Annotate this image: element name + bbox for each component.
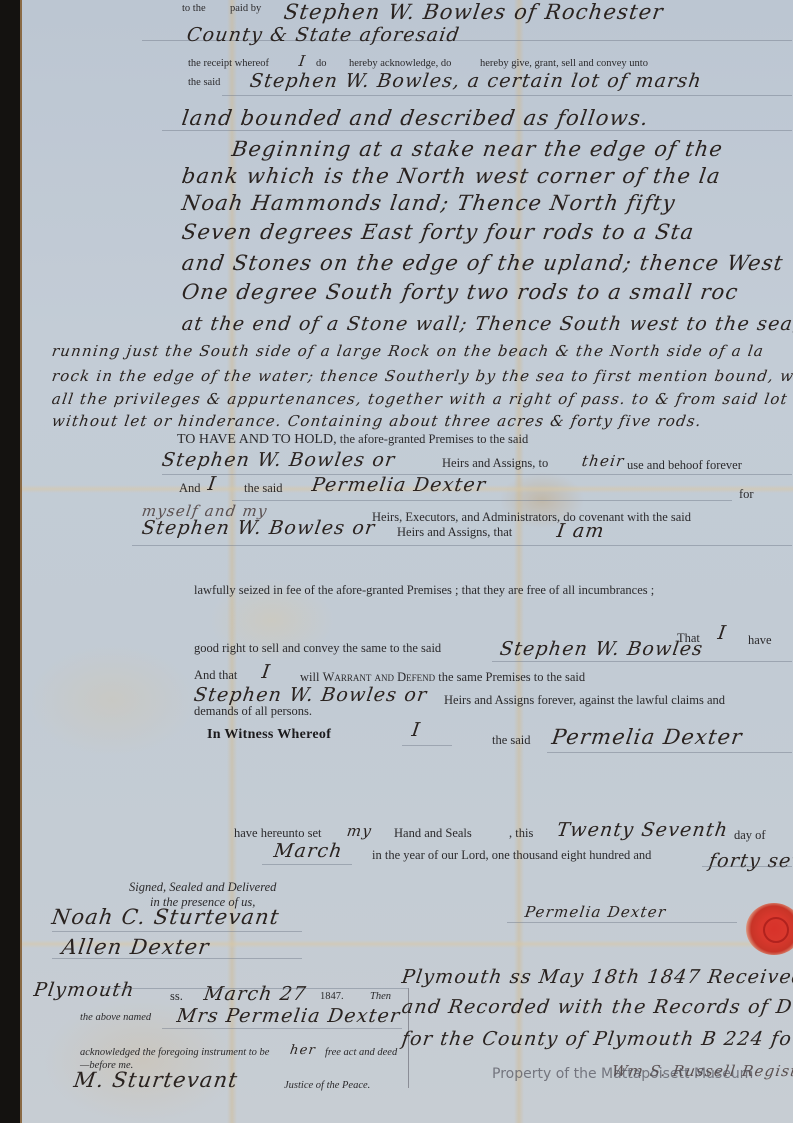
print-text: Heirs and Assigns, that <box>397 525 512 540</box>
description-line: rock in the edge of the water; thence So… <box>51 367 793 385</box>
print-text: Then <box>370 991 391 1002</box>
witness-signature: Noah C. Sturtevant <box>50 905 281 929</box>
handwritten-year: forty seven <box>707 850 793 872</box>
description-line: bank which is the North west corner of t… <box>180 164 722 188</box>
print-text: Heirs and Assigns, to <box>442 456 548 471</box>
handwritten-text: I am <box>555 520 606 542</box>
print-text: paid by <box>230 3 261 14</box>
print-text: 1847. <box>320 991 344 1002</box>
print-text: the receipt whereof <box>188 58 269 69</box>
description-line: and Stones on the edge of the upland; th… <box>180 251 785 275</box>
deed-page: to the paid by Stephen W. Bowles of Roch… <box>20 0 793 1123</box>
print-text: day of <box>734 828 766 843</box>
print-text: in the year of our Lord, one thousand ei… <box>372 848 651 863</box>
print-text: Justice of the Peace. <box>284 1080 370 1091</box>
handwritten-text: her <box>289 1043 317 1058</box>
handwritten-grantee: Stephen W. Bowles or <box>192 684 428 706</box>
description-line: Noah Hammonds land; Thence North fifty <box>180 191 677 215</box>
handwritten-text: I <box>716 622 728 644</box>
print-text: acknowledged the foregoing instrument to… <box>80 1047 269 1058</box>
description-line: at the end of a Stone wall; Thence South… <box>180 313 793 335</box>
handwritten-name: Mrs Permelia Dexter <box>175 1005 401 1027</box>
recording-line: for the County of Plymouth B 224 fo 23. … <box>400 1028 793 1050</box>
print-text: And that <box>194 668 237 683</box>
handwritten-text: land bounded and described as follows. <box>180 106 650 130</box>
handwritten-text: their <box>581 452 626 470</box>
description-line: Seven degrees East forty four rods to a … <box>180 220 696 244</box>
print-text: the said <box>188 77 220 88</box>
print-text: have hereunto set <box>234 826 321 841</box>
wax-seal <box>746 903 793 955</box>
print-text: good right to sell and convey the same t… <box>194 641 441 656</box>
print-text: the said <box>244 481 283 496</box>
print-text: to the <box>182 3 206 14</box>
handwritten-text: I <box>260 661 272 683</box>
description-line: all the privileges & appurtenances, toge… <box>51 390 789 408</box>
handwritten-text: Stephen W. Bowles, a certain lot of mars… <box>248 70 703 92</box>
print-text: And <box>179 481 201 496</box>
print-text: Hand and Seals <box>394 826 472 841</box>
print-heading: TO HAVE AND TO HOLD, the afore-granted P… <box>177 432 528 448</box>
grantor-signature: Permelia Dexter <box>524 903 668 921</box>
description-line: running just the South side of a large R… <box>51 342 766 360</box>
handwritten-county: Plymouth <box>32 979 136 1001</box>
print-text: , this <box>509 826 533 841</box>
in-witness-whereof-heading: In Witness Whereof <box>207 727 331 743</box>
description-line: Beginning at a stake near the edge of th… <box>230 137 725 161</box>
handwritten-grantee: Stephen W. Bowles or <box>160 449 396 471</box>
print-text: Heirs, Executors, and Administrators, do… <box>372 510 691 525</box>
print-text: the said <box>492 733 531 748</box>
print-text: hereby give, grant, sell and convey unto <box>480 58 648 69</box>
handwritten-date: March 27 <box>202 983 308 1005</box>
handwritten-grantor: Permelia Dexter <box>550 725 744 749</box>
justice-signature: M. Sturtevant <box>72 1068 239 1092</box>
print-text: use and behoof forever <box>627 458 742 473</box>
description-line: without let or hinderance. Containing ab… <box>51 412 703 430</box>
print-text: free act and deed <box>325 1047 397 1058</box>
print-text: for <box>739 487 754 502</box>
handwritten-text: I <box>410 719 422 741</box>
print-text: hereby acknowledge, do <box>349 58 451 69</box>
recording-line: and Recorded with the Records of Deeds <box>400 996 793 1018</box>
print-text: Heirs and Assigns forever, against the l… <box>444 693 725 708</box>
print-text: do <box>316 58 327 69</box>
handwritten-text: County & State aforesaid <box>185 24 461 46</box>
handwritten-day: Twenty Seventh <box>555 819 729 841</box>
description-line: One degree South forty two rods to a sma… <box>180 280 740 304</box>
print-text: demands of all persons. <box>194 704 312 719</box>
print-text: the above named <box>80 1012 151 1023</box>
handwritten-grantee: Stephen W. Bowles <box>498 638 704 660</box>
handwritten-text: I <box>298 52 308 70</box>
handwritten-grantor: Permelia Dexter <box>310 474 487 496</box>
print-text: ss. <box>170 989 183 1004</box>
museum-watermark: Property of the Mattapoisett Museum <box>492 1066 753 1082</box>
handwritten-text: my <box>346 822 374 840</box>
print-text: lawfully seized in fee of the afore-gran… <box>194 583 654 598</box>
handwritten-grantee: Stephen W. Bowles or <box>140 517 376 539</box>
handwritten-month: March <box>272 840 344 862</box>
witness-signature: Allen Dexter <box>60 935 211 959</box>
handwritten-grantee: Stephen W. Bowles of Rochester <box>282 0 665 24</box>
print-text: Signed, Sealed and Delivered <box>129 880 276 895</box>
print-text: will Warrant and Defend the same Premise… <box>300 670 585 685</box>
print-text: have <box>748 633 772 648</box>
recording-line: Plymouth ss May 18th 1847 Received <box>400 966 793 988</box>
